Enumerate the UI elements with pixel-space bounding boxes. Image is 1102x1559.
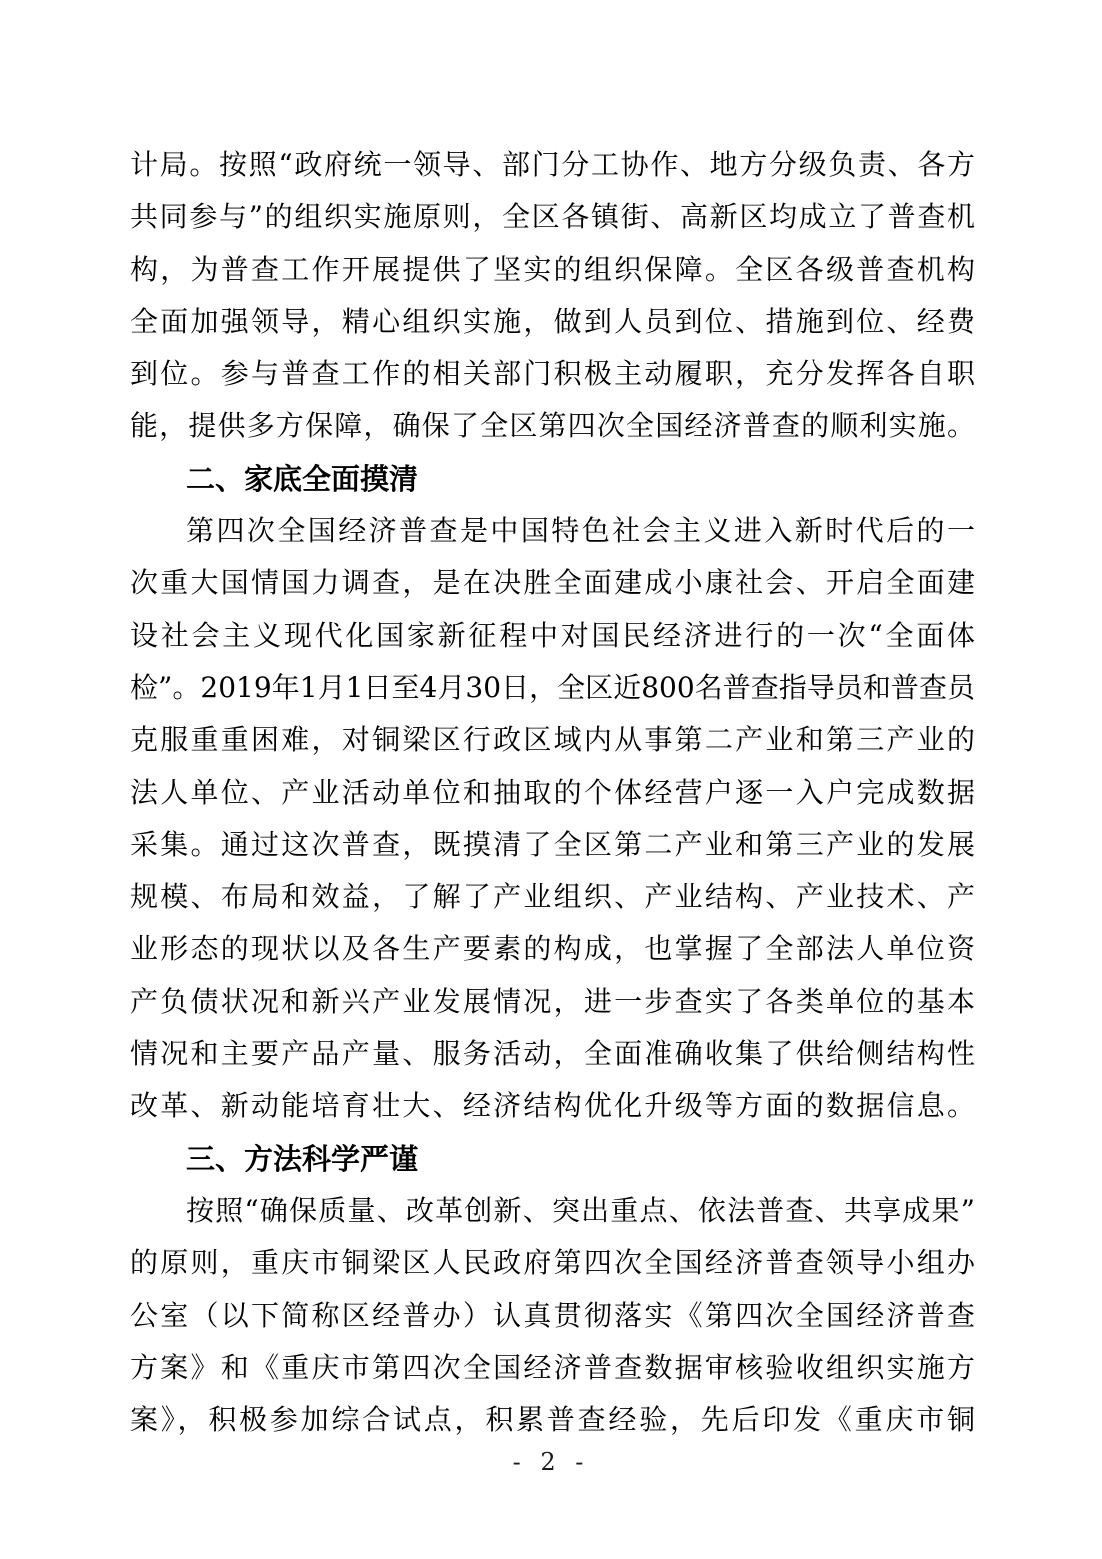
section-heading-3: 三、方法科学严谨 xyxy=(130,1133,975,1185)
paragraph-line: 方案》和《重庆市第四次全国经济普查数据审核验收组织实施方 xyxy=(130,1342,975,1394)
paragraph-line: 业形态的现状以及各生产要素的构成，也掌握了全部法人单位资 xyxy=(130,923,975,975)
paragraph-line: 到位。参与普查工作的相关部门积极主动履职，充分发挥各自职 xyxy=(130,348,975,400)
paragraph-line: 的原则，重庆市铜梁区人民政府第四次全国经济普查领导小组办 xyxy=(130,1237,975,1289)
paragraph-line: 公室（以下简称区经普办）认真贯彻落实《第四次全国经济普查 xyxy=(130,1290,975,1342)
paragraph-line: 第四次全国经济普查是中国特色社会主义进入新时代后的一 xyxy=(130,505,975,557)
paragraph-line: 共同参与”的组织实施原则，全区各镇街、高新区均成立了普查机 xyxy=(130,191,975,243)
paragraph-line: 检”。2019年1月1日至4月30日，全区近800名普查指导员和普查员 xyxy=(130,662,975,714)
paragraph-line: 构，为普查工作开展提供了坚实的组织保障。全区各级普查机构 xyxy=(130,244,975,296)
paragraph-line: 采集。通过这次普查，既摸清了全区第二产业和第三产业的发展 xyxy=(130,819,975,871)
paragraph-line: 改革、新动能培育壮大、经济结构优化升级等方面的数据信息。 xyxy=(130,1080,975,1132)
document-text-block: 计局。按照“政府统一领导、部门分工协作、地方分级负责、各方 共同参与”的组织实施… xyxy=(130,139,975,1446)
paragraph-line: 案》，积极参加综合试点，积累普查经验，先后印发《重庆市铜 xyxy=(130,1394,975,1446)
paragraph-line: 法人单位、产业活动单位和抽取的个体经营户逐一入户完成数据 xyxy=(130,767,975,819)
paragraph-line: 全面加强领导，精心组织实施，做到人员到位、措施到位、经费 xyxy=(130,296,975,348)
paragraph-line: 产负债状况和新兴产业发展情况，进一步查实了各类单位的基本 xyxy=(130,976,975,1028)
paragraph-line: 设社会主义现代化国家新征程中对国民经济进行的一次“全面体 xyxy=(130,610,975,662)
document-page: 计局。按照“政府统一领导、部门分工协作、地方分级负责、各方 共同参与”的组织实施… xyxy=(0,0,1102,1559)
page-number: - 2 - xyxy=(0,1448,1102,1476)
paragraph-line: 能，提供多方保障，确保了全区第四次全国经济普查的顺利实施。 xyxy=(130,400,975,452)
paragraph-line: 规模、布局和效益，了解了产业组织、产业结构、产业技术、产 xyxy=(130,871,975,923)
paragraph-line: 按照“确保质量、改革创新、突出重点、依法普查、共享成果” xyxy=(130,1185,975,1237)
paragraph-line: 情况和主要产品产量、服务活动，全面准确收集了供给侧结构性 xyxy=(130,1028,975,1080)
section-heading-2: 二、家底全面摸清 xyxy=(130,453,975,505)
paragraph-line: 计局。按照“政府统一领导、部门分工协作、地方分级负责、各方 xyxy=(130,139,975,191)
paragraph-line: 克服重重困难，对铜梁区行政区域内从事第二产业和第三产业的 xyxy=(130,714,975,766)
paragraph-line: 次重大国情国力调查，是在决胜全面建成小康社会、开启全面建 xyxy=(130,557,975,609)
